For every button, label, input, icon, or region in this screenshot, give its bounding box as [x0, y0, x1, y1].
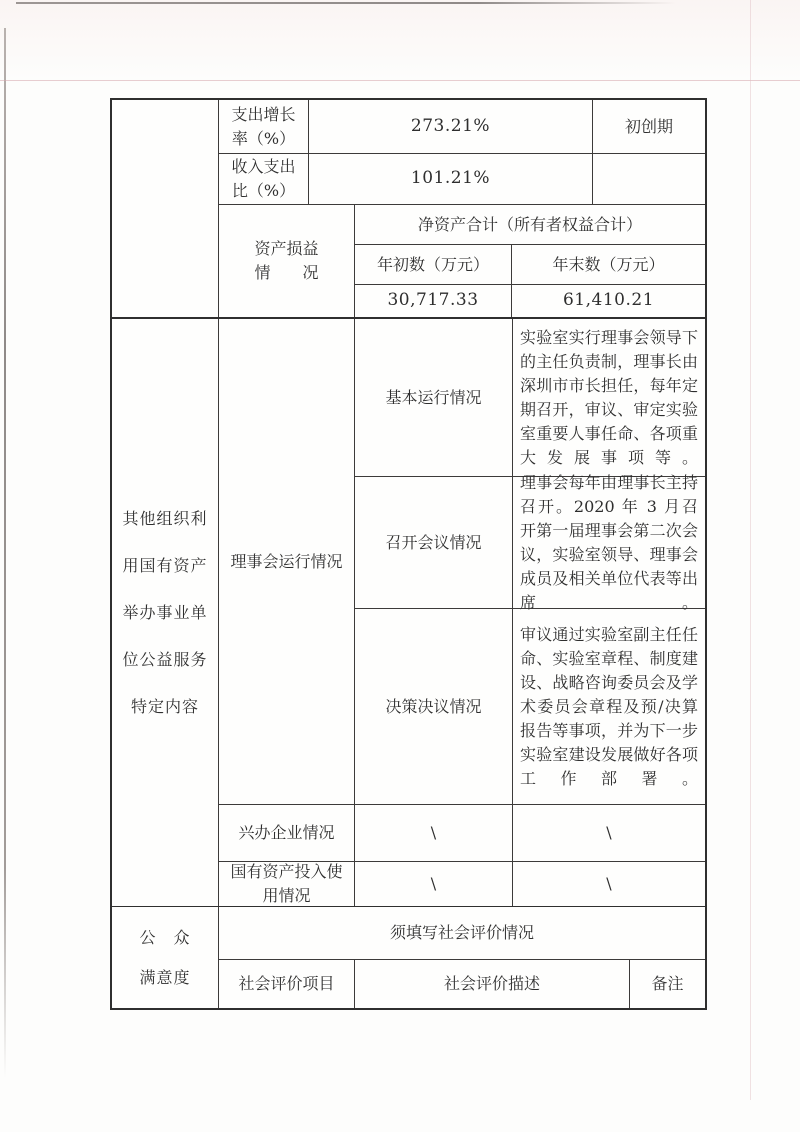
section-other-organization: 其他组织利 用国有资产 举办事业单 位公益服务 特定内容 理事会运行情况 基本运…	[112, 317, 705, 906]
row-income-expense-ratio: 收入支出 比（%） 101.21%	[219, 154, 705, 205]
state-asset-usage-value-1: \	[355, 862, 513, 906]
row-decision-resolution: 决策决议情况 审议通过实验室副主任任命、实验室章程、制度建设、战略咨询委员会及学…	[355, 609, 705, 804]
section-financial: 支出增长 率（%） 273.21% 初创期 收入支出 比（%） 101.21%	[112, 100, 705, 317]
scan-pink-vertical-line	[750, 0, 751, 1100]
evaluation-remark-header: 备注	[630, 960, 705, 1008]
asset-profit-loss-label: 资产损益 情 况	[219, 205, 355, 317]
social-evaluation-headers: 社会评价项目 社会评价描述 备注	[219, 960, 705, 1008]
expenditure-growth-value: 273.21%	[309, 100, 593, 154]
state-asset-usage-label: 国有资产投入使 用情况	[219, 862, 355, 906]
row-basic-operation: 基本运行情况 实验室实行理事会领导下的主任负责制，理事长由深圳市市长担任，每年定…	[355, 319, 705, 477]
meeting-convening-description: 理事会每年由理事长主持召开。2020 年 3 月召开第一届理事会第二次会议，实验…	[513, 477, 705, 608]
net-assets-subheaders: 年初数（万元） 年末数（万元）	[355, 245, 705, 285]
paper-tint	[0, 0, 800, 80]
asset-profit-loss-block: 资产损益 情 况 净资产合计（所有者权益合计） 年初数（万元） 年末数（万元）	[219, 205, 705, 317]
evaluation-project-header: 社会评价项目	[219, 960, 355, 1008]
stage-cell: 初创期	[593, 100, 705, 154]
year-begin-value: 30,717.33	[355, 285, 512, 317]
public-satisfaction-label: 公 众 满意度	[112, 907, 219, 1008]
section-public-satisfaction: 公 众 满意度 须填写社会评价情况 社会评价项目 社会评价描述 备注	[112, 906, 705, 1008]
board-operation-label: 理事会运行情况	[219, 319, 355, 804]
decision-resolution-label: 决策决议情况	[355, 609, 513, 804]
year-end-header: 年末数（万元）	[512, 245, 705, 285]
decision-resolution-description: 审议通过实验室副主任任命、实验室章程、制度建设、战略咨询委员会及学术委员会章程及…	[513, 609, 705, 804]
board-operation-block: 理事会运行情况 基本运行情况 实验室实行理事会领导下的主任负责制，理事长由深圳市…	[219, 319, 705, 805]
enterprise-value-2: \	[513, 805, 705, 861]
state-asset-usage-value-2: \	[513, 862, 705, 906]
row-enterprise: 兴办企业情况 \ \	[219, 805, 705, 862]
category-cell-continued	[112, 100, 219, 317]
meeting-convening-label: 召开会议情况	[355, 477, 513, 608]
year-end-value: 61,410.21	[512, 285, 705, 317]
row-state-asset-usage: 国有资产投入使 用情况 \ \	[219, 862, 705, 906]
row-expenditure-growth: 支出增长 率（%） 273.21% 初创期	[219, 100, 705, 154]
income-expense-ratio-value: 101.21%	[309, 154, 593, 205]
scan-pink-horizontal-line	[0, 80, 800, 81]
basic-operation-description: 实验室实行理事会领导下的主任负责制，理事长由深圳市市长担任，每年定期召开，审议、…	[513, 319, 705, 476]
report-table: 支出增长 率（%） 273.21% 初创期 收入支出 比（%） 101.21%	[110, 98, 707, 1010]
stage-cell-empty	[593, 154, 705, 205]
basic-operation-label: 基本运行情况	[355, 319, 513, 476]
other-org-category-label: 其他组织利 用国有资产 举办事业单 位公益服务 特定内容	[112, 319, 219, 906]
social-evaluation-note: 须填写社会评价情况	[219, 907, 705, 960]
row-meeting-convening: 召开会议情况 理事会每年由理事长主持召开。2020 年 3 月召开第一届理事会第…	[355, 477, 705, 609]
income-expense-ratio-label: 收入支出 比（%）	[219, 154, 309, 205]
net-assets-header: 净资产合计（所有者权益合计）	[355, 205, 705, 245]
scan-left-edge-line	[4, 28, 6, 1078]
enterprise-value-1: \	[355, 805, 513, 861]
expenditure-growth-label: 支出增长 率（%）	[219, 100, 309, 154]
evaluation-description-header: 社会评价描述	[355, 960, 630, 1008]
scan-top-edge-line	[16, 2, 676, 4]
enterprise-label: 兴办企业情况	[219, 805, 355, 861]
year-begin-header: 年初数（万元）	[355, 245, 512, 285]
net-assets-values: 30,717.33 61,410.21	[355, 285, 705, 317]
